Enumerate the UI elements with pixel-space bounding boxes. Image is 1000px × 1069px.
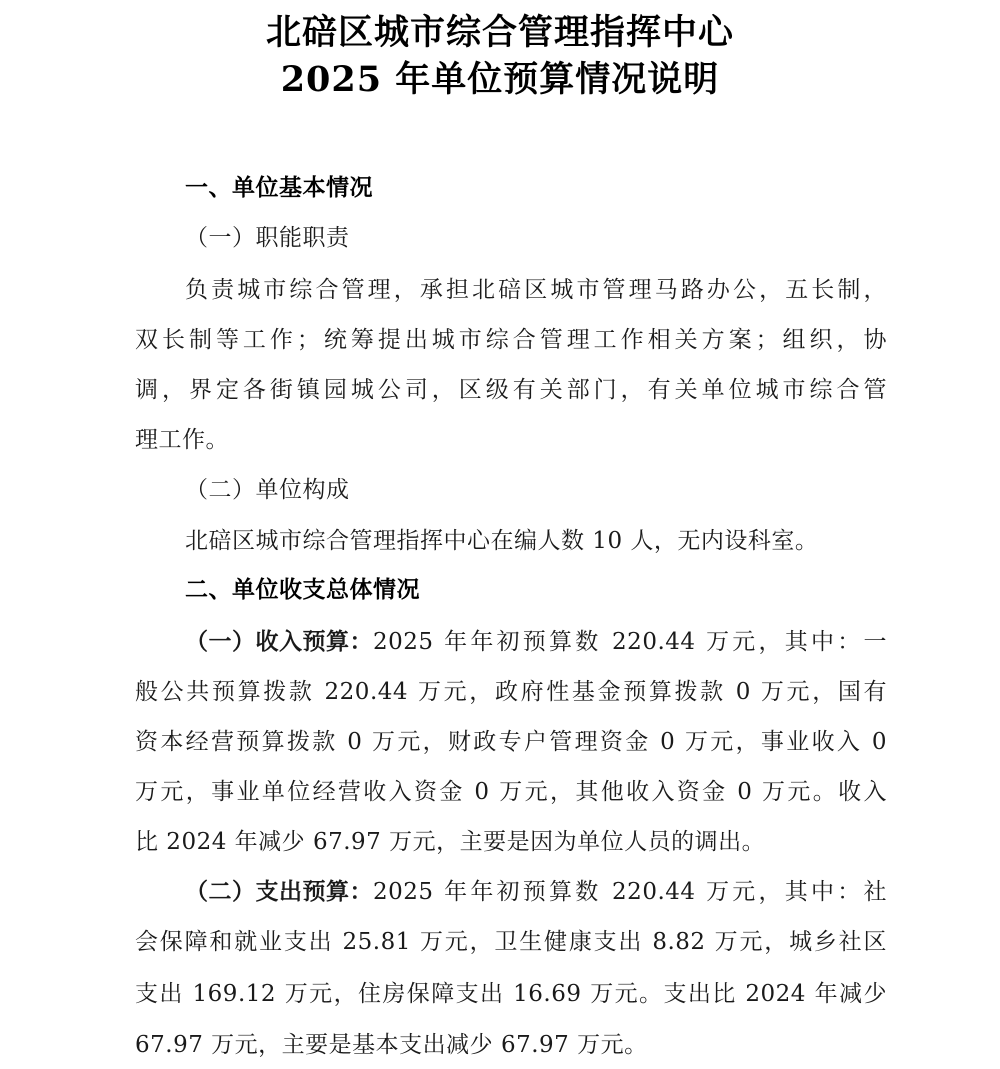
document-title-line1: 北碚区城市综合管理指挥中心 [0, 13, 1000, 53]
paragraph-line: 理工作。 [135, 425, 887, 455]
paragraph-line: 2025 年年初预算数 220.44 万元，其中：社 [373, 877, 887, 907]
paragraph-line: 万元，事业单位经营收入资金 0 万元，其他收入资金 0 万元。收入 [135, 777, 887, 807]
section-heading-basic-info: 一、单位基本情况 [185, 173, 887, 203]
document-title-line2: 2025 年单位预算情况说明 [0, 60, 1000, 100]
paragraph-line: 北碚区城市综合管理指挥中心在编人数 10 人，无内设科室。 [185, 526, 887, 556]
paragraph-line: 般公共预算拨款 220.44 万元，政府性基金预算拨款 0 万元，国有 [135, 677, 887, 707]
subsection-heading-composition: （二）单位构成 [185, 475, 887, 505]
section-heading-revenue-expenditure: 二、单位收支总体情况 [185, 575, 887, 605]
paragraph-line-income-lead: （一）收入预算： 2025 年年初预算数 220.44 万元，其中：一 [185, 627, 887, 657]
paragraph-line: 会保障和就业支出 25.81 万元，卫生健康支出 8.82 万元，城乡社区 [135, 927, 887, 957]
paragraph-line: 比 2024 年减少 67.97 万元，主要是因为单位人员的调出。 [135, 827, 887, 857]
paragraph-line: 67.97 万元，主要是基本支出减少 67.97 万元。 [135, 1030, 887, 1060]
paragraph-line: 2025 年年初预算数 220.44 万元，其中：一 [373, 627, 887, 657]
paragraph-line: 双长制等工作；统筹提出城市综合管理工作相关方案；组织，协 [135, 325, 887, 355]
paragraph-line: 资本经营预算拨款 0 万元，财政专户管理资金 0 万元，事业收入 0 [135, 727, 887, 757]
paragraph-line-expense-lead: （二）支出预算： 2025 年年初预算数 220.44 万元，其中：社 [185, 877, 887, 907]
expense-budget-label: （二）支出预算： [185, 877, 373, 907]
paragraph-line: 负责城市综合管理，承担北碚区城市管理马路办公，五长制， [185, 275, 887, 305]
paragraph-line: 支出 169.12 万元，住房保障支出 16.69 万元。支出比 2024 年减… [135, 979, 887, 1009]
subsection-heading-functions: （一）职能职责 [185, 223, 887, 253]
income-budget-label: （一）收入预算： [185, 627, 373, 657]
paragraph-line: 调，界定各街镇园城公司，区级有关部门，有关单位城市综合管 [135, 375, 887, 405]
